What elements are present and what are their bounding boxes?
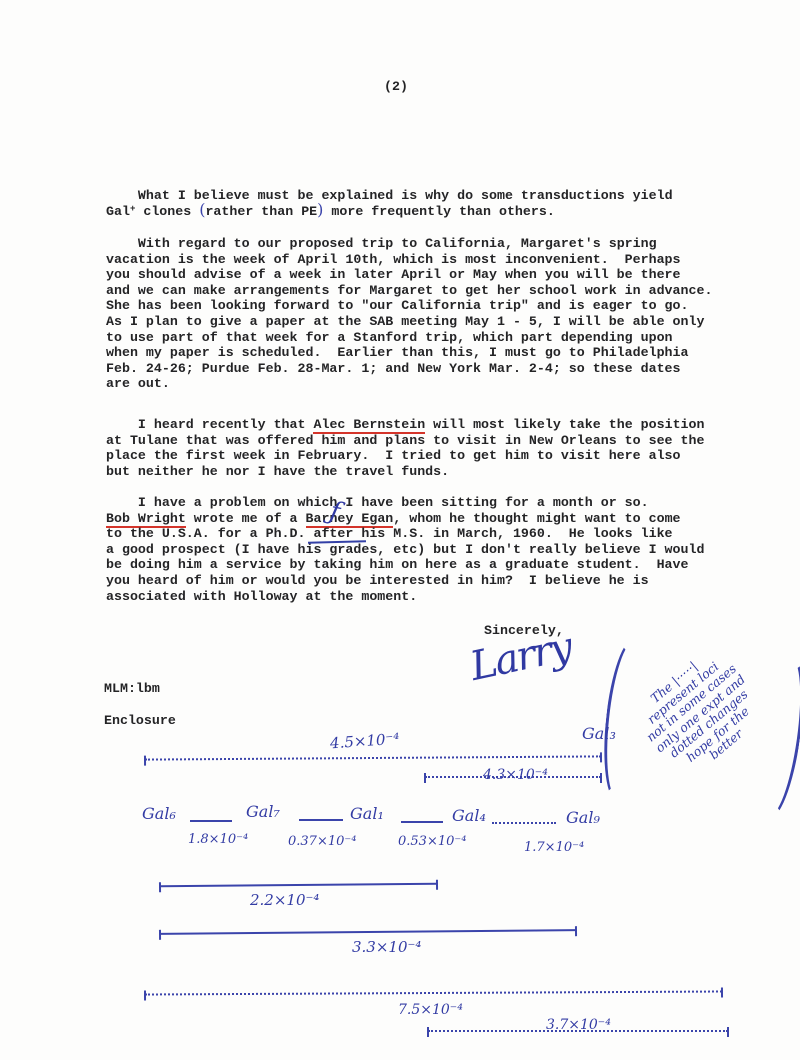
distance-label-4-3: 4.3×10⁻⁴ <box>483 767 548 783</box>
para4-text-b: wrote me of a <box>186 511 306 526</box>
map-segment-gal1-gal4 <box>401 821 443 823</box>
locus-label-gal4: Gal₄ <box>452 808 486 824</box>
signature-handwritten: Larry <box>466 624 575 690</box>
distance-label-1-7: 1.7×10⁻⁴ <box>524 840 584 856</box>
distance-label-3-7: 3.7×10⁻⁴ <box>546 1017 611 1033</box>
distance-label-4-5: 4.5×10⁻⁴ <box>330 731 400 752</box>
paragraph-barney-egan: I have a problem on which I have been si… <box>106 495 736 604</box>
ink-correction-mark: ƒ <box>330 511 339 513</box>
map-segment-gal7-gal1 <box>299 819 343 821</box>
para1-text-b: clones <box>135 204 199 219</box>
distance-label-2-2: 2.2×10⁻⁴ <box>250 892 319 908</box>
distance-label-7-5: 7.5×10⁻⁴ <box>398 1002 463 1018</box>
enclosure-line: Enclosure <box>104 713 176 729</box>
para1-text-c: more frequently than others. <box>323 204 554 219</box>
letter-page: (2) What I believe must be explained is … <box>0 0 800 1060</box>
bracket-span-3-3 <box>160 929 576 935</box>
map-segment-gal4-gal9-dotted <box>492 822 556 824</box>
distance-label-3-3: 3.3×10⁻⁴ <box>352 939 421 955</box>
bracket-span-2-2 <box>160 883 437 887</box>
paragraph-california-trip: With regard to our proposed trip to Cali… <box>106 236 731 392</box>
distance-label-1-8: 1.8×10⁻⁴ <box>188 832 248 848</box>
locus-label-gal1: Gal₁ <box>350 806 384 822</box>
para4-text-a: I have a problem on which I have been si… <box>106 495 649 510</box>
locus-label-gal7: Gal₇ <box>246 804 280 820</box>
margin-note: The |·····| represent loci not in some c… <box>598 624 800 824</box>
underlined-name-barney-egan: Barney Egan <box>306 511 394 528</box>
dotted-span-4-5 <box>145 755 601 760</box>
locus-label-gal3: Gal₃ <box>582 726 616 742</box>
map-segment-gal6-gal7 <box>190 820 232 822</box>
distance-label-0-53: 0.53×10⁻⁴ <box>398 834 466 850</box>
underlined-name-alec-bernstein: Alec Bernstein <box>313 417 425 434</box>
underlined-name-bob-wright: Bob Wright <box>106 511 186 528</box>
paragraph-bernstein: I heard recently that Alec Bernstein wil… <box>106 417 731 479</box>
typist-initials: MLM:lbm <box>104 681 160 697</box>
locus-label-gal6: Gal₆ <box>142 806 176 822</box>
para3-text-a: I heard recently that <box>106 417 313 432</box>
dotted-span-7-5 <box>145 990 722 995</box>
paragraph-transductions: What I believe must be explained is why … <box>106 188 726 219</box>
para1-paren-text: rather than PE <box>205 204 317 219</box>
page-number: (2) <box>384 79 408 95</box>
locus-label-gal9: Gal₉ <box>566 810 600 826</box>
distance-label-0-37: 0.37×10⁻⁴ <box>288 834 356 850</box>
